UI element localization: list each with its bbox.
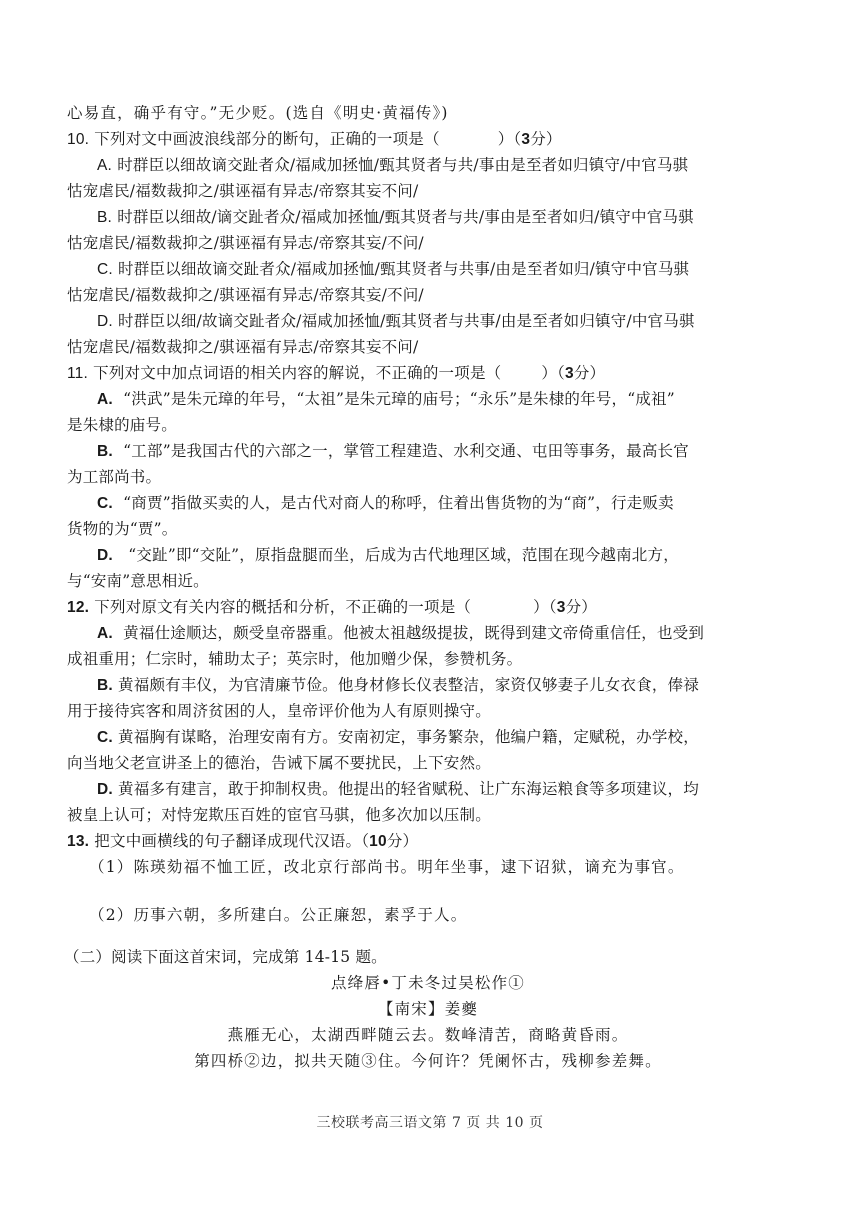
passage-closing-line: 心易直，确乎有守。”无少贬。(选自《明史·黄福传》) bbox=[67, 100, 789, 126]
option-d: D. “交趾”即“交阯”，原指盘腿而坐，后成为古代地理区域，范围在现今越南北方， bbox=[67, 542, 789, 568]
option-a-cont: 怙宠虐民/福数裁抑之/骐诬福有异志/帝察其妄不问/ bbox=[67, 178, 789, 204]
exam-page: 心易直，确乎有守。”无少贬。(选自《明史·黄福传》) 10. 下列对文中画波浪线… bbox=[67, 100, 789, 1074]
option-b: B. “工部”是我国古代的六部之一，掌管工程建造、水利交通、屯田等事务，最高长官 bbox=[67, 438, 789, 464]
question-13-stem: 13. 把文中画横线的句子翻译成现代汉语。（10分） bbox=[67, 828, 789, 854]
question-number: 10. bbox=[67, 131, 89, 148]
option-a: A. 黄福仕途顺达，颇受皇帝器重。他被太祖越级提拔，既得到建文帝倚重信任，也受到 bbox=[67, 620, 789, 646]
option-c-cont: 怙宠虐民/福数裁抑之/骐诬福有异志/帝察其妄/不问/ bbox=[67, 282, 789, 308]
question-number: 12. bbox=[67, 599, 89, 616]
option-b: B. 时群臣以细故/谪交趾者众/福咸加拯恤/甄其贤者与共/事由是至者如归/镇守中… bbox=[67, 204, 789, 230]
score: 10 bbox=[369, 833, 387, 850]
answer-space bbox=[67, 880, 789, 902]
score: 3 bbox=[557, 599, 566, 616]
option-c: C. 时群臣以细故谪交趾者众/福咸加拯恤/甄其贤者与共事/由是至者如归/镇守中官… bbox=[67, 256, 789, 282]
option-c-cont: 向当地父老宣讲圣上的德治，告诫下属不要扰民，上下安然。 bbox=[67, 750, 789, 776]
option-d-cont: 怙宠虐民/福数裁抑之/骐诬福有异志/帝察其妄不问/ bbox=[67, 334, 789, 360]
question-number: 13. bbox=[67, 833, 89, 850]
question-text: 下列对文中画波浪线部分的断句，正确的一项是（ bbox=[94, 130, 439, 148]
option-b-cont: 怙宠虐民/福数裁抑之/骐诬福有异志/帝察其妄/不问/ bbox=[67, 230, 789, 256]
question-text: 下列对原文有关内容的概括和分析，不正确的一项是（ bbox=[94, 598, 471, 616]
option-d-cont: 被皇上认可；对恃宠欺压百姓的宦官马骐，他多次加以压制。 bbox=[67, 802, 789, 828]
option-b-cont: 用于接待宾客和周济贫困的人，皇帝评价他为人有原则操守。 bbox=[67, 698, 789, 724]
option-a-cont: 是朱棣的庙号。 bbox=[67, 412, 789, 438]
answer-space bbox=[67, 928, 789, 944]
poem-line-2: 第四桥②边，拟共天随③住。今何许？凭阑怀古，残柳参差舞。 bbox=[67, 1048, 789, 1074]
option-b-cont: 为工部尚书。 bbox=[67, 464, 789, 490]
question-12-stem: 12. 下列对原文有关内容的概括和分析，不正确的一项是（）（3分） bbox=[67, 594, 789, 620]
option-a-cont: 成祖重用；仁宗时，辅助太子；英宗时，他加赠少保，参赞机务。 bbox=[67, 646, 789, 672]
question-text: 下列对文中加点词语的相关内容的解说，不正确的一项是（ bbox=[93, 364, 501, 382]
score: 3 bbox=[565, 365, 574, 382]
option-a: A. “洪武”是朱元璋的年号，“太祖”是朱元璋的庙号；“永乐”是朱棣的年号，“成… bbox=[67, 386, 789, 412]
option-d: D. 时群臣以细/故谪交趾者众/福咸加拯恤/甄其贤者与共事/由是至者如归镇守/中… bbox=[67, 308, 789, 334]
option-c-cont: 货物的为“贾”。 bbox=[67, 516, 789, 542]
option-c: C. “商贾”指做买卖的人，是古代对商人的称呼，住着出售货物的为“商”，行走贩卖 bbox=[67, 490, 789, 516]
poem-line-1: 燕雁无心，太湖西畔随云去。数峰清苦，商略黄昏雨。 bbox=[67, 1022, 789, 1048]
question-text: 把文中画横线的句子翻译成现代汉语。（ bbox=[94, 832, 369, 850]
option-b: B. 黄福颇有丰仪，为官清廉节俭。他身材修长仪表整洁，家资仅够妻子儿女衣食，俸禄 bbox=[67, 672, 789, 698]
section-two-intro: （二）阅读下面这首宋词，完成第 14-15 题。 bbox=[64, 944, 789, 970]
score: 3 bbox=[521, 131, 530, 148]
poem-title: 点绛唇•丁未冬过吴松作① bbox=[67, 970, 789, 996]
poem-author: 【南宋】姜夔 bbox=[67, 996, 789, 1022]
option-d-cont: 与“安南”意思相近。 bbox=[67, 568, 789, 594]
question-11-stem: 11. 下列对文中加点词语的相关内容的解说，不正确的一项是（）（3分） bbox=[67, 360, 789, 386]
question-number: 11. bbox=[67, 365, 88, 382]
page-footer: 三校联考高三语文第 7 页 共 10 页 bbox=[0, 1112, 860, 1132]
option-d: D. 黄福多有建言，敢于抑制权贵。他提出的轻省赋税、让广东海运粮食等多项建议，均 bbox=[67, 776, 789, 802]
option-c: C. 黄福胸有谋略，治理安南有方。安南初定，事务繁杂，他编户籍，定赋税，办学校， bbox=[67, 724, 789, 750]
option-a: A. 时群臣以细故谪交趾者众/福咸加拯恤/甄其贤者与共/事由是至者如归镇守/中官… bbox=[67, 152, 789, 178]
translation-sentence-1: （1）陈瑛劾福不恤工匠，改北京行部尚书。明年坐事，逮下诏狱，谪充为事官。 bbox=[67, 854, 789, 880]
translation-sentence-2: （2）历事六朝，多所建白。公正廉恕，素孚于人。 bbox=[67, 902, 789, 928]
question-10-stem: 10. 下列对文中画波浪线部分的断句，正确的一项是（）（3分） bbox=[67, 126, 789, 152]
